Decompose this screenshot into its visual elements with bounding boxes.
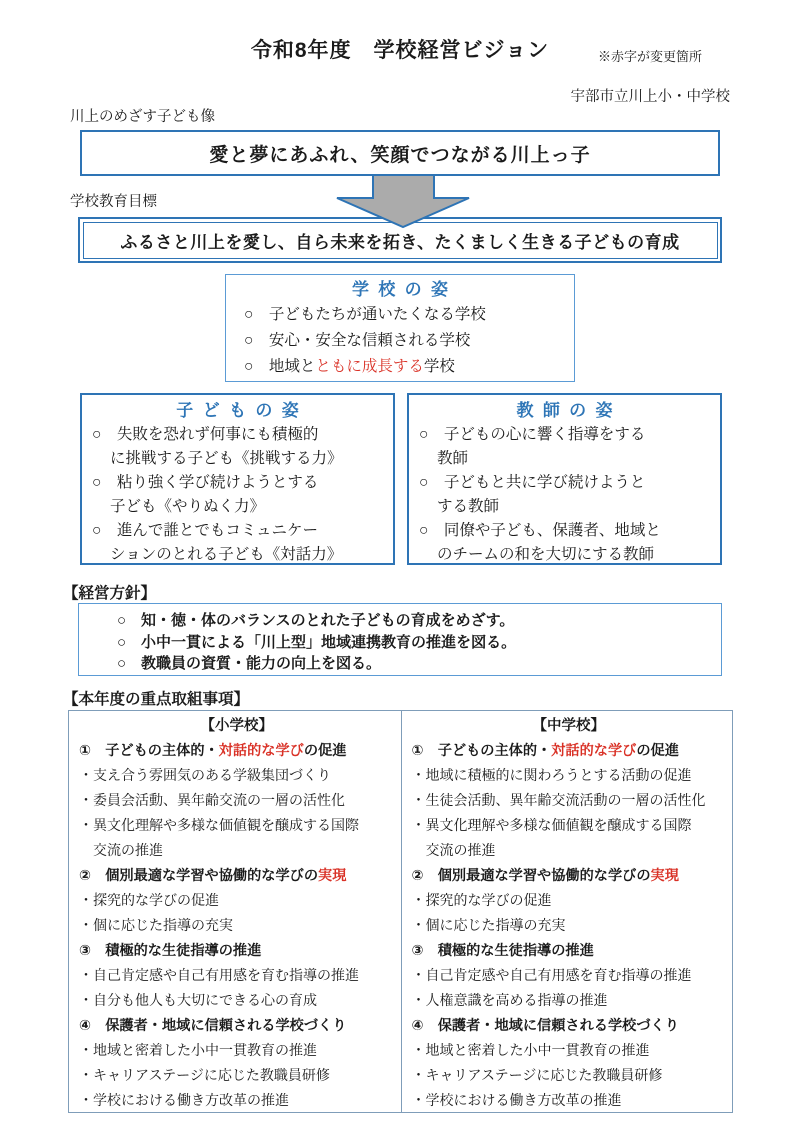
priority-line: ③ 積極的な生徒指導の推進 bbox=[412, 939, 727, 964]
text-segment: ・自己肯定感や自己有用感を育む指導の推進 bbox=[79, 969, 359, 984]
text-segment: ・学校における働き方改革の推進 bbox=[412, 1094, 622, 1109]
text-segment: ○ 進んで誰とでもコミュニケー bbox=[92, 522, 318, 539]
text-segment: ションのとれる子ども《対話力》 bbox=[110, 546, 342, 563]
priority-line: ② 個別最適な学習や協働的な学びの実現 bbox=[412, 864, 727, 889]
text-segment: する教師 bbox=[437, 498, 499, 515]
text-segment: ・人権意識を高める指導の推進 bbox=[412, 994, 608, 1009]
text-segment: ・委員会活動、異年齢交流の一層の活性化 bbox=[79, 794, 345, 809]
priority-line: ・地域と密着した小中一貫教育の推進 bbox=[412, 1039, 727, 1064]
school-shape-item: ○ 子どもたちが通いたくなる学校 bbox=[226, 302, 574, 328]
management-policy-box: ○ 知・徳・体のバランスのとれた子どもの育成をめざす。 ○ 小中一貫による「川上… bbox=[78, 603, 722, 676]
policy-item: ○ 教職員の資質・能力の向上を図る。 bbox=[117, 653, 721, 675]
text-segment: ① 子どもの主体的・ bbox=[79, 743, 219, 759]
priority-line: ・自己肯定感や自己有用感を育む指導の推進 bbox=[412, 964, 727, 989]
teachers-shape-box: 教師の姿 ○ 子どもの心に響く指導をする 教師 ○ 子どもと共に学び続けようと … bbox=[407, 393, 722, 565]
text-segment: ① 子どもの主体的・ bbox=[412, 743, 552, 759]
text-segment: ③ 積極的な生徒指導の推進 bbox=[79, 943, 261, 959]
text-segment: 教師 bbox=[437, 450, 468, 467]
school-shape-heading: 学校の姿 bbox=[226, 278, 574, 302]
priority-line: ・支え合う雰囲気のある学級集団づくり bbox=[79, 764, 395, 789]
text-segment: ④ 保護者・地域に信頼される学校づくり bbox=[412, 1018, 679, 1034]
teachers-shape-line: する教師 bbox=[409, 495, 720, 519]
text-segment: ・異文化理解や多様な価値観を醸成する国際 bbox=[79, 819, 359, 834]
text-segment: ○ 子どもと共に学び続けようと bbox=[419, 474, 645, 491]
text-segment: のチームの和を大切にする教師 bbox=[437, 546, 654, 563]
teachers-shape-line: ○ 子どもの心に響く指導をする bbox=[409, 423, 720, 447]
priority-line: ・探究的な学びの促進 bbox=[412, 889, 727, 914]
children-shape-heading: 子どもの姿 bbox=[82, 398, 393, 423]
child-image-slogan-box: 愛と夢にあふれ、笑顔でつながる川上っ子 bbox=[80, 130, 720, 176]
priority-line: ④ 保護者・地域に信頼される学校づくり bbox=[412, 1014, 727, 1039]
changed-text: ともに成長する bbox=[315, 358, 424, 375]
priority-line: ・個に応じた指導の充実 bbox=[79, 914, 395, 939]
priority-line: ② 個別最適な学習や協働的な学びの実現 bbox=[79, 864, 395, 889]
text-segment: 交流の推進 bbox=[93, 844, 163, 859]
child-image-label: 川上のめざす子ども像 bbox=[70, 105, 215, 126]
text-segment: に挑戦する子ども《挑戦する力》 bbox=[110, 450, 343, 467]
policy-item: ○ 知・徳・体のバランスのとれた子どもの育成をめざす。 bbox=[117, 610, 721, 632]
text-segment: ・学校における働き方改革の推進 bbox=[79, 1094, 289, 1109]
priority-line: ・異文化理解や多様な価値観を醸成する国際 bbox=[412, 814, 727, 839]
school-name: 宇部市立川上小・中学校 bbox=[571, 85, 731, 106]
children-shape-line: 子ども《やりぬく力》 bbox=[82, 495, 393, 519]
text-segment: ② 個別最適な学習や協働的な学びの bbox=[412, 868, 651, 884]
text-segment: ・キャリアステージに応じた教職員研修 bbox=[79, 1069, 330, 1084]
priority-line: ・自分も他人も大切にできる心の育成 bbox=[79, 989, 395, 1014]
text-segment: の促進 bbox=[636, 743, 679, 759]
text-segment: ・異文化理解や多様な価値観を醸成する国際 bbox=[412, 819, 692, 834]
teachers-shape-line: 教師 bbox=[409, 447, 720, 471]
change-note: ※赤字が変更箇所 bbox=[598, 46, 702, 65]
text-segment: ② 個別最適な学習や協働的な学びの bbox=[79, 868, 318, 884]
text-segment: ・地域に積極的に関わろうとする活動の促進 bbox=[412, 769, 692, 784]
priority-line: ・学校における働き方改革の推進 bbox=[79, 1089, 395, 1114]
text-segment: の促進 bbox=[304, 743, 347, 759]
text-segment: 子ども《やりぬく力》 bbox=[110, 498, 265, 515]
priority-line: ・地域に積極的に関わろうとする活動の促進 bbox=[412, 764, 727, 789]
children-shape-box: 子どもの姿 ○ 失敗を恐れず何事にも積極的 に挑戦する子ども《挑戦する力》 ○ … bbox=[80, 393, 395, 565]
priority-line: ・委員会活動、異年齢交流の一層の活性化 bbox=[79, 789, 395, 814]
teachers-shape-line: のチームの和を大切にする教師 bbox=[409, 543, 720, 567]
priority-line: ・異文化理解や多様な価値観を醸成する国際 bbox=[79, 814, 395, 839]
priority-line: ① 子どもの主体的・対話的な学びの促進 bbox=[412, 739, 727, 764]
priority-items-label: 【本年度の重点取組事項】 bbox=[63, 687, 249, 709]
priority-line: ・個に応じた指導の充実 bbox=[412, 914, 727, 939]
school-shape-item: ○ 地域とともに成長する学校 bbox=[226, 354, 574, 380]
priority-line: 交流の推進 bbox=[79, 839, 395, 864]
changed-text: 対話的な学び bbox=[551, 743, 636, 759]
text-segment: ○ 安心・安全な信頼される学校 bbox=[244, 332, 470, 349]
policy-item: ○ 小中一貫による「川上型」地域連携教育の推進を図る。 bbox=[117, 632, 721, 654]
school-shape-box: 学校の姿 ○ 子どもたちが通いたくなる学校 ○ 安心・安全な信頼される学校 ○ … bbox=[225, 274, 575, 382]
text-segment: ・自己肯定感や自己有用感を育む指導の推進 bbox=[412, 969, 692, 984]
education-goal-text: ふるさと川上を愛し、自ら未来を拓き、たくましく生きる子どもの育成 bbox=[120, 228, 679, 253]
text-segment: ○ 同僚や子ども、保護者、地域と bbox=[419, 522, 661, 539]
text-segment: ・キャリアステージに応じた教職員研修 bbox=[412, 1069, 663, 1084]
children-shape-line: ○ 粘り強く学び続けようとする bbox=[82, 471, 393, 495]
priority-line: ・生徒会活動、異年齢交流活動の一層の活性化 bbox=[412, 789, 727, 814]
children-shape-line: ションのとれる子ども《対話力》 bbox=[82, 543, 393, 567]
priority-line: ・探究的な学びの促進 bbox=[79, 889, 395, 914]
text-segment: ・自分も他人も大切にできる心の育成 bbox=[79, 994, 317, 1009]
text-segment: ○ 子どもの心に響く指導をする bbox=[419, 426, 645, 443]
text-segment: ○ 地域と bbox=[244, 358, 315, 375]
text-segment: ・地域と密着した小中一貫教育の推進 bbox=[412, 1044, 650, 1059]
teachers-shape-line: ○ 子どもと共に学び続けようと bbox=[409, 471, 720, 495]
down-arrow-icon bbox=[333, 175, 473, 229]
junior-high-column: 【中学校】 ① 子どもの主体的・対話的な学びの促進 ・地域に積極的に関わろうとす… bbox=[401, 711, 733, 1112]
text-segment: ○ 粘り強く学び続けようとする bbox=[92, 474, 318, 491]
text-segment: ・支え合う雰囲気のある学級集団づくり bbox=[79, 769, 331, 784]
text-segment: ○ 失敗を恐れず何事にも積極的 bbox=[92, 426, 318, 443]
priority-line: ・自己肯定感や自己有用感を育む指導の推進 bbox=[79, 964, 395, 989]
management-policy-label: 【経営方針】 bbox=[63, 581, 156, 603]
changed-text: 実現 bbox=[318, 868, 346, 884]
text-segment: 交流の推進 bbox=[426, 844, 496, 859]
priority-line: ・地域と密着した小中一貫教育の推進 bbox=[79, 1039, 395, 1064]
elementary-column: 【小学校】 ① 子どもの主体的・対話的な学びの促進 ・支え合う雰囲気のある学級集… bbox=[69, 711, 401, 1112]
text-segment: ・地域と密着した小中一貫教育の推進 bbox=[79, 1044, 317, 1059]
elementary-column-header: 【小学校】 bbox=[79, 714, 395, 739]
text-segment: ④ 保護者・地域に信頼される学校づくり bbox=[79, 1018, 346, 1034]
teachers-shape-line: ○ 同僚や子ども、保護者、地域と bbox=[409, 519, 720, 543]
priority-line: ・キャリアステージに応じた教職員研修 bbox=[412, 1064, 727, 1089]
priority-line: ・キャリアステージに応じた教職員研修 bbox=[79, 1064, 395, 1089]
text-segment: ③ 積極的な生徒指導の推進 bbox=[412, 943, 594, 959]
priority-line: 交流の推進 bbox=[412, 839, 727, 864]
text-segment: ・探究的な学びの促進 bbox=[79, 894, 219, 909]
text-segment: ○ 子どもたちが通いたくなる学校 bbox=[244, 306, 486, 323]
teachers-shape-heading: 教師の姿 bbox=[409, 398, 720, 423]
text-segment: 学校 bbox=[424, 358, 455, 375]
junior-high-column-header: 【中学校】 bbox=[412, 714, 727, 739]
priority-line: ① 子どもの主体的・対話的な学びの促進 bbox=[79, 739, 395, 764]
education-goal-label: 学校教育目標 bbox=[70, 190, 157, 211]
priority-table: 【小学校】 ① 子どもの主体的・対話的な学びの促進 ・支え合う雰囲気のある学級集… bbox=[68, 710, 733, 1113]
children-shape-line: ○ 進んで誰とでもコミュニケー bbox=[82, 519, 393, 543]
children-shape-line: に挑戦する子ども《挑戦する力》 bbox=[82, 447, 393, 471]
school-shape-item: ○ 安心・安全な信頼される学校 bbox=[226, 328, 574, 354]
priority-line: ・学校における働き方改革の推進 bbox=[412, 1089, 727, 1114]
text-segment: ・個に応じた指導の充実 bbox=[412, 919, 566, 934]
text-segment: ・探究的な学びの促進 bbox=[412, 894, 552, 909]
priority-line: ④ 保護者・地域に信頼される学校づくり bbox=[79, 1014, 395, 1039]
changed-text: 実現 bbox=[651, 868, 679, 884]
text-segment: ・生徒会活動、異年齢交流活動の一層の活性化 bbox=[412, 794, 706, 809]
priority-line: ・人権意識を高める指導の推進 bbox=[412, 989, 727, 1014]
changed-text: 対話的な学び bbox=[219, 743, 304, 759]
child-image-slogan: 愛と夢にあふれ、笑顔でつながる川上っ子 bbox=[209, 140, 590, 167]
text-segment: ・個に応じた指導の充実 bbox=[79, 919, 233, 934]
priority-line: ③ 積極的な生徒指導の推進 bbox=[79, 939, 395, 964]
children-shape-line: ○ 失敗を恐れず何事にも積極的 bbox=[82, 423, 393, 447]
